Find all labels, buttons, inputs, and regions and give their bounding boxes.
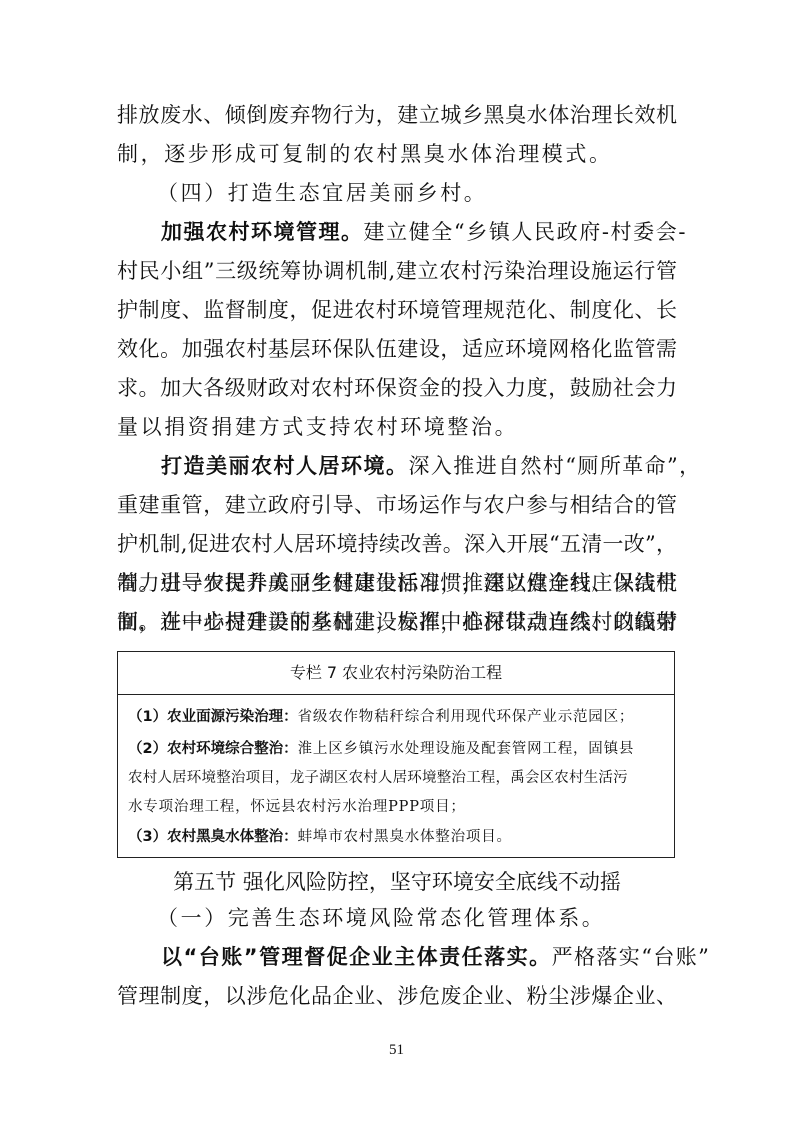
callout-item: （1）农业面源污染治理：省级农作物秸秆综合利用现代环保产业示范园区；	[128, 707, 666, 727]
callout-item-text: 淮上区乡镇污水处理设施及配套管网工程，固镇县	[298, 741, 635, 757]
body-text: 建立健全“乡镇人民政府-村委会-	[364, 220, 688, 244]
callout-item-label: （2）农村环境综合整治：	[128, 741, 298, 757]
callout-item: （3）农村黑臭水体整治：蚌埠市农村黑臭水体整治项目。	[128, 827, 666, 847]
body-text: 深入推进自然村“厕所革命”，	[409, 454, 702, 478]
body-line: 管理制度，以涉危化品企业、涉危废企业、粉尘涉爆企业、	[117, 984, 677, 1008]
paragraph-first-line: 加强农村环境管理。建立健全“乡镇人民政府-村委会-	[117, 220, 721, 244]
body-line: 求。加大各级财政对农村环保资金的投入力度，鼓励社会力	[117, 376, 677, 400]
callout-item-text: 省级农作物秸秆综合利用现代环保产业示范园区；	[298, 709, 635, 725]
section-title: 第五节 强化风险防控，坚守环境安全底线不动摇	[117, 869, 677, 895]
body-line: 制。进一步提升美丽乡村建设标准，推深以点连线、以线带	[117, 571, 677, 595]
body-line: 护制度、监督制度，促进农村环境管理规范化、制度化、长	[117, 298, 677, 322]
paragraph-first-line: 打造美丽农村人居环境。深入推进自然村“厕所革命”，	[117, 454, 721, 478]
body-text: 严格落实“台账”	[552, 945, 711, 969]
callout-item-continuation: 水专项治理工程，怀远县农村污水治理PPP项目；	[128, 797, 666, 817]
callout-item-text: 蚌埠市农村黑臭水体整治项目。	[298, 829, 512, 845]
body-line: 重建重管，建立政府引导、市场运作与农户参与相结合的管	[117, 493, 677, 517]
body-line: 量以捐资捐建方式支持农村环境整治。	[117, 415, 677, 439]
callout-item-label: （3）农村黑臭水体整治：	[128, 829, 298, 845]
subsection-heading: （四）打造生态宜居美丽乡村。	[117, 181, 717, 205]
callout-title: 专栏 7 农业农村污染防治工程	[118, 652, 674, 695]
paragraph-first-line: 以“台账”管理督促企业主体责任落实。严格落实“台账”	[117, 945, 721, 969]
body-line: 村民小组”三级统筹协调机制,建立农村污染治理设施运行管	[117, 259, 677, 283]
body-line: 效化。加强农村基层环保队伍建设，适应环境网格化监管需	[117, 337, 677, 361]
paragraph-lead: 加强农村环境管理。	[161, 220, 364, 244]
body-line: 制，逐步形成可复制的农村黑臭水体治理模式。	[117, 142, 677, 166]
paragraph-lead: 以“台账”管理督促企业主体责任落实。	[161, 945, 552, 969]
subsection-heading: （一）完善生态环境风险常态化管理体系。	[117, 906, 717, 930]
callout-item: （2）农村环境综合整治：淮上区乡镇污水处理设施及配套管网工程，固镇县	[128, 739, 666, 759]
page-number: 51	[0, 1042, 793, 1059]
body-line: 面，在中心村建设的基础上，发挥中心村带动自然村的辐射	[117, 610, 677, 634]
paragraph-lead: 打造美丽农村人居环境。	[161, 454, 409, 478]
callout-item-continuation: 农村人居环境整治项目，龙子湖区农村人居环境整治工程，禹会区农村生活污	[128, 768, 666, 788]
callout-item-label: （1）农业面源污染治理：	[128, 709, 298, 725]
callout-box: 专栏 7 农业农村污染防治工程 （1）农业面源污染治理：省级农作物秸秆综合利用现…	[117, 651, 675, 858]
body-line: 护机制,促进农村人居环境持续改善。深入开展“五清一改”，	[117, 532, 677, 556]
body-line: 排放废水、倾倒废弃物行为，建立城乡黑臭水体治理长效机	[117, 103, 677, 127]
